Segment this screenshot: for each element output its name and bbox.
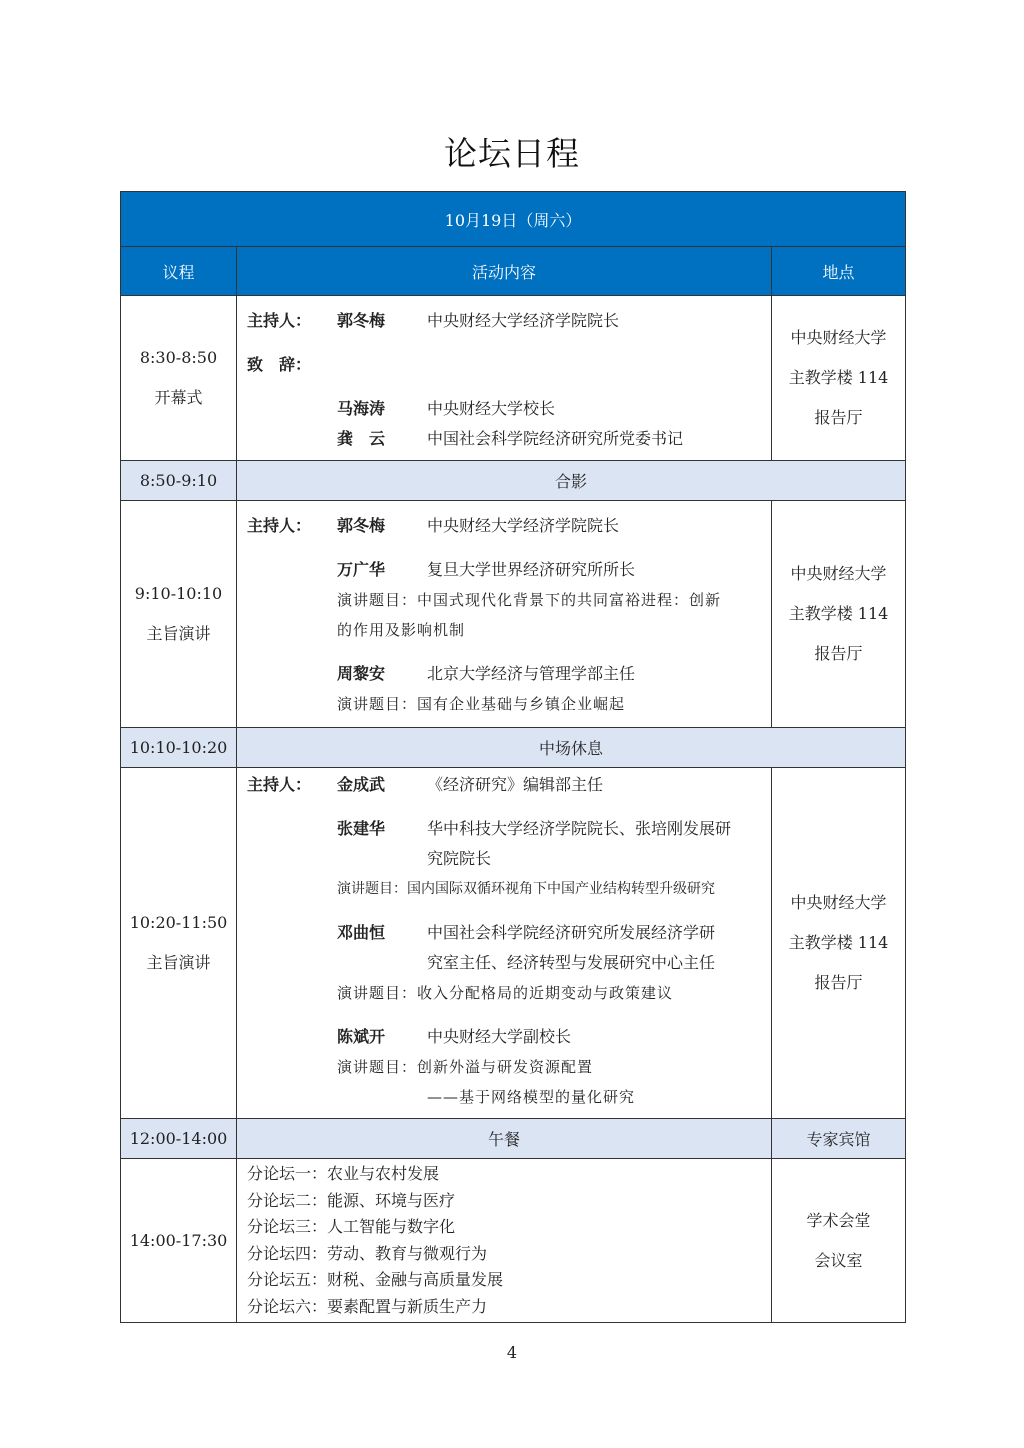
location-line: 报告厅	[772, 398, 905, 438]
speech-topic-cont: 的作用及影响机制	[247, 615, 763, 645]
time-cell: 8:30-8:50 开幕式	[121, 296, 237, 461]
location-line: 中央财经大学	[772, 554, 905, 594]
speaker-title-cont: 究院院长	[247, 844, 763, 874]
speaker-line: 张建华 华中科技大学经济学院院长、张培刚发展研	[247, 814, 763, 844]
speaker-line: 周黎安 北京大学经济与管理学部主任	[247, 659, 763, 689]
host-line: 主持人： 郭冬梅 中央财经大学经济学院院长	[247, 511, 763, 541]
person-name: 龚 云	[337, 424, 427, 454]
person-title-cont: 究室主任、经济转型与发展研究中心主任	[427, 948, 763, 978]
person-name: 郭冬梅	[337, 306, 427, 336]
person-title: 中央财经大学经济学院院长	[427, 306, 763, 336]
time-cell: 8:50-9:10	[121, 461, 237, 501]
session-label: 主旨演讲	[121, 943, 236, 983]
location-line: 报告厅	[772, 963, 905, 1003]
sub-forum-item: 分论坛五：财税、金融与高质量发展	[247, 1267, 763, 1294]
table-row-opening: 8:30-8:50 开幕式 主持人： 郭冬梅 中央财经大学经济学院院长 致 辞：…	[121, 296, 906, 461]
session-label: 开幕式	[121, 378, 236, 418]
person-title: 中央财经大学副校长	[427, 1022, 763, 1052]
sub-forum-item: 分论坛四：劳动、教育与微观行为	[247, 1241, 763, 1268]
session-label: 中场休息	[237, 728, 906, 768]
person-name: 张建华	[337, 814, 427, 844]
table-row-photo: 8:50-9:10 合影	[121, 461, 906, 501]
person-title: 复旦大学世界经济研究所所长	[427, 555, 763, 585]
location-line: 主教学楼 114	[772, 594, 905, 634]
person-name: 陈斌开	[337, 1022, 427, 1052]
sub-forum-item: 分论坛二：能源、环境与医疗	[247, 1188, 763, 1215]
person-name: 郭冬梅	[337, 511, 427, 541]
speaker-line: 万广华 复旦大学世界经济研究所所长	[247, 555, 763, 585]
speaker-line: 邓曲恒 中国社会科学院经济研究所发展经济学研	[247, 918, 763, 948]
location-line: 报告厅	[772, 634, 905, 674]
speech-role-line: 致 辞：	[247, 350, 763, 380]
table-row-lunch: 12:00-14:00 午餐 专家宾馆	[121, 1119, 906, 1159]
location-line: 会议室	[772, 1241, 905, 1281]
location-cell: 中央财经大学 主教学楼 114 报告厅	[772, 296, 906, 461]
header-agenda: 议程	[121, 247, 237, 296]
location-cell: 专家宾馆	[772, 1119, 906, 1159]
time-cell: 10:20-11:50 主旨演讲	[121, 768, 237, 1119]
location-line: 中央财经大学	[772, 318, 905, 358]
speaker-title-cont: 究室主任、经济转型与发展研究中心主任	[247, 948, 763, 978]
person-name: 周黎安	[337, 659, 427, 689]
table-row-keynote-2: 10:20-11:50 主旨演讲 主持人： 金成武 《经济研究》编辑部主任 张建…	[121, 768, 906, 1119]
speech-topic: 演讲题目：中国式现代化背景下的共同富裕进程：创新	[247, 585, 763, 615]
header-content: 活动内容	[237, 247, 772, 296]
table-row-parallel: 14:00-17:30 分论坛一：农业与农村发展 分论坛二：能源、环境与医疗 分…	[121, 1159, 906, 1323]
location-line: 中央财经大学	[772, 883, 905, 923]
content-cell: 分论坛一：农业与农村发展 分论坛二：能源、环境与医疗 分论坛三：人工智能与数字化…	[237, 1159, 772, 1323]
session-label: 午餐	[237, 1119, 772, 1159]
person-name: 邓曲恒	[337, 918, 427, 948]
person-name: 万广华	[337, 555, 427, 585]
person-title: 中国社会科学院经济研究所发展经济学研	[427, 918, 763, 948]
time-cell: 12:00-14:00	[121, 1119, 237, 1159]
time-value: 8:30-8:50	[121, 338, 236, 378]
role-label: 主持人：	[247, 770, 337, 800]
time-value: 9:10-10:10	[121, 574, 236, 614]
speech-topic: 演讲题目：创新外溢与研发资源配置	[247, 1052, 763, 1082]
location-line: 主教学楼 114	[772, 358, 905, 398]
location-line: 主教学楼 114	[772, 923, 905, 963]
sub-forum-item: 分论坛一：农业与农村发展	[247, 1161, 763, 1188]
sub-forum-item: 分论坛三：人工智能与数字化	[247, 1214, 763, 1241]
location-cell: 中央财经大学 主教学楼 114 报告厅	[772, 501, 906, 728]
column-header-row: 议程 活动内容 地点	[121, 247, 906, 296]
content-cell: 主持人： 郭冬梅 中央财经大学经济学院院长 万广华 复旦大学世界经济研究所所长 …	[237, 501, 772, 728]
speaker-line: 马海涛 中央财经大学校长	[247, 394, 763, 424]
schedule-table: 10月19日（周六） 议程 活动内容 地点 8:30-8:50 开幕式 主持人：…	[120, 191, 906, 1323]
session-label: 主旨演讲	[121, 614, 236, 654]
time-cell: 14:00-17:30	[121, 1159, 237, 1323]
speech-topic: 演讲题目：国内国际双循环视角下中国产业结构转型升级研究	[247, 874, 763, 904]
speaker-line: 龚 云 中国社会科学院经济研究所党委书记	[247, 424, 763, 454]
location-cell: 中央财经大学 主教学楼 114 报告厅	[772, 768, 906, 1119]
speech-topic: 演讲题目：收入分配格局的近期变动与政策建议	[247, 978, 763, 1008]
page-number: 4	[0, 1343, 1024, 1362]
time-value: 10:20-11:50	[121, 903, 236, 943]
person-title: 《经济研究》编辑部主任	[427, 770, 763, 800]
person-title: 中国社会科学院经济研究所党委书记	[427, 424, 763, 454]
header-location: 地点	[772, 247, 906, 296]
content-cell: 主持人： 郭冬梅 中央财经大学经济学院院长 致 辞： 马海涛 中央财经大学校长 …	[237, 296, 772, 461]
speaker-line: 陈斌开 中央财经大学副校长	[247, 1022, 763, 1052]
session-label: 合影	[237, 461, 906, 501]
speech-topic-cont: ——基于网络模型的量化研究	[247, 1082, 763, 1112]
location-cell: 学术会堂 会议室	[772, 1159, 906, 1323]
host-line: 主持人： 金成武 《经济研究》编辑部主任	[247, 770, 763, 800]
time-cell: 10:10-10:20	[121, 728, 237, 768]
person-name: 金成武	[337, 770, 427, 800]
role-label: 主持人：	[247, 511, 337, 541]
person-title: 北京大学经济与管理学部主任	[427, 659, 763, 689]
date-header-row: 10月19日（周六）	[121, 192, 906, 247]
role-label: 主持人：	[247, 306, 337, 336]
person-title: 中央财经大学经济学院院长	[427, 511, 763, 541]
host-line: 主持人： 郭冬梅 中央财经大学经济学院院长	[247, 306, 763, 336]
page-title: 论坛日程	[0, 128, 1024, 175]
person-name: 马海涛	[337, 394, 427, 424]
table-row-break: 10:10-10:20 中场休息	[121, 728, 906, 768]
speech-topic: 演讲题目：国有企业基础与乡镇企业崛起	[247, 689, 763, 719]
location-line: 学术会堂	[772, 1201, 905, 1241]
role-label: 致 辞：	[247, 350, 337, 380]
person-title-cont: 究院院长	[427, 844, 763, 874]
content-cell: 主持人： 金成武 《经济研究》编辑部主任 张建华 华中科技大学经济学院院长、张培…	[237, 768, 772, 1119]
sub-forum-item: 分论坛六：要素配置与新质生产力	[247, 1294, 763, 1321]
date-label: 10月19日（周六）	[121, 192, 906, 247]
person-title: 华中科技大学经济学院院长、张培刚发展研	[427, 814, 763, 844]
time-cell: 9:10-10:10 主旨演讲	[121, 501, 237, 728]
person-title: 中央财经大学校长	[427, 394, 763, 424]
table-row-keynote-1: 9:10-10:10 主旨演讲 主持人： 郭冬梅 中央财经大学经济学院院长 万广…	[121, 501, 906, 728]
